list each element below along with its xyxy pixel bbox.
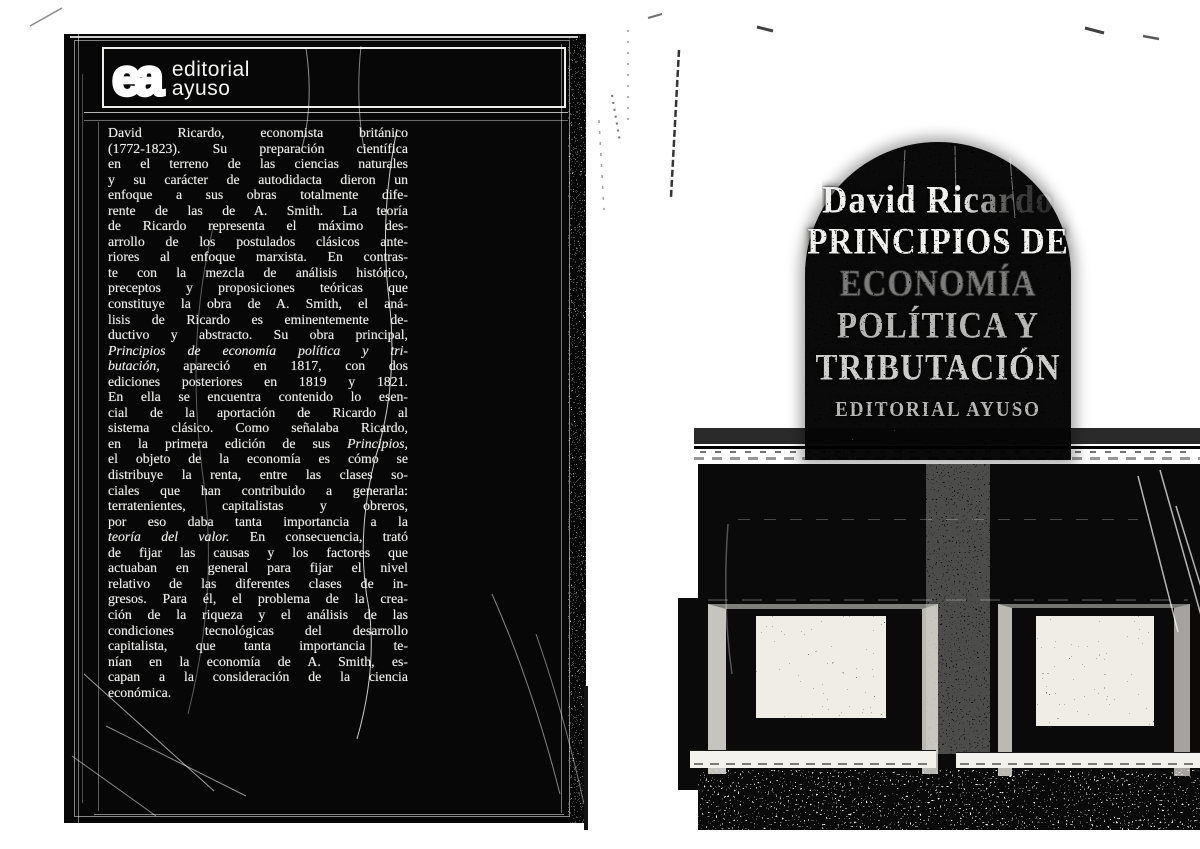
scanned-book-spread: ea editorial ayuso David Ricardo, econom… <box>0 0 1200 849</box>
back-cover: ea editorial ayuso David Ricardo, econom… <box>64 34 586 823</box>
door-grain <box>698 464 1200 830</box>
arch-dust <box>805 142 1071 460</box>
front-cover: David Ricardo PRINCIPIOS DE ECONOMÍA POL… <box>610 0 1200 849</box>
ledge-shadow-band <box>694 428 1200 444</box>
cover-grain <box>64 34 586 823</box>
ledge-dash-row-1 <box>700 451 1194 453</box>
ledge-dash-row-2 <box>694 457 1200 460</box>
doorway-photo <box>698 464 1200 830</box>
gutter-shadow <box>584 686 588 830</box>
ledge-edge-line <box>694 446 1200 449</box>
arched-niche: David Ricardo PRINCIPIOS DE ECONOMÍA POL… <box>805 142 1071 460</box>
